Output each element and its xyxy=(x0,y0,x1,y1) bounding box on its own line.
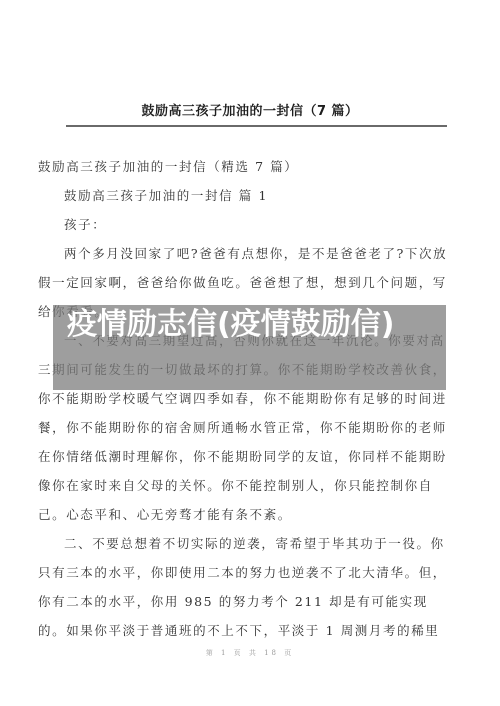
document-header-title: 鼓励高三孩子加油的一封信（7 篇） xyxy=(0,100,500,119)
collection-title: 鼓励高三孩子加油的一封信（精选 7 篇） xyxy=(38,152,450,181)
header-divider xyxy=(66,125,447,127)
letter-heading: 鼓励高三孩子加油的一封信 篇 1 xyxy=(38,181,450,210)
overlay-title: 疫情励志信(疫情鼓励信) xyxy=(67,307,447,343)
page-number-footer: 第 1 页 共 18 页 xyxy=(0,648,500,658)
paragraph-point-two: 二、不要总想着不切实际的逆袭，寄希望于毕其功于一役。你只有三本的水平，你即使用二… xyxy=(38,529,450,645)
document-body: 鼓励高三孩子加油的一封信（精选 7 篇） 鼓励高三孩子加油的一封信 篇 1 孩子… xyxy=(38,152,450,645)
salutation: 孩子： xyxy=(38,210,450,239)
